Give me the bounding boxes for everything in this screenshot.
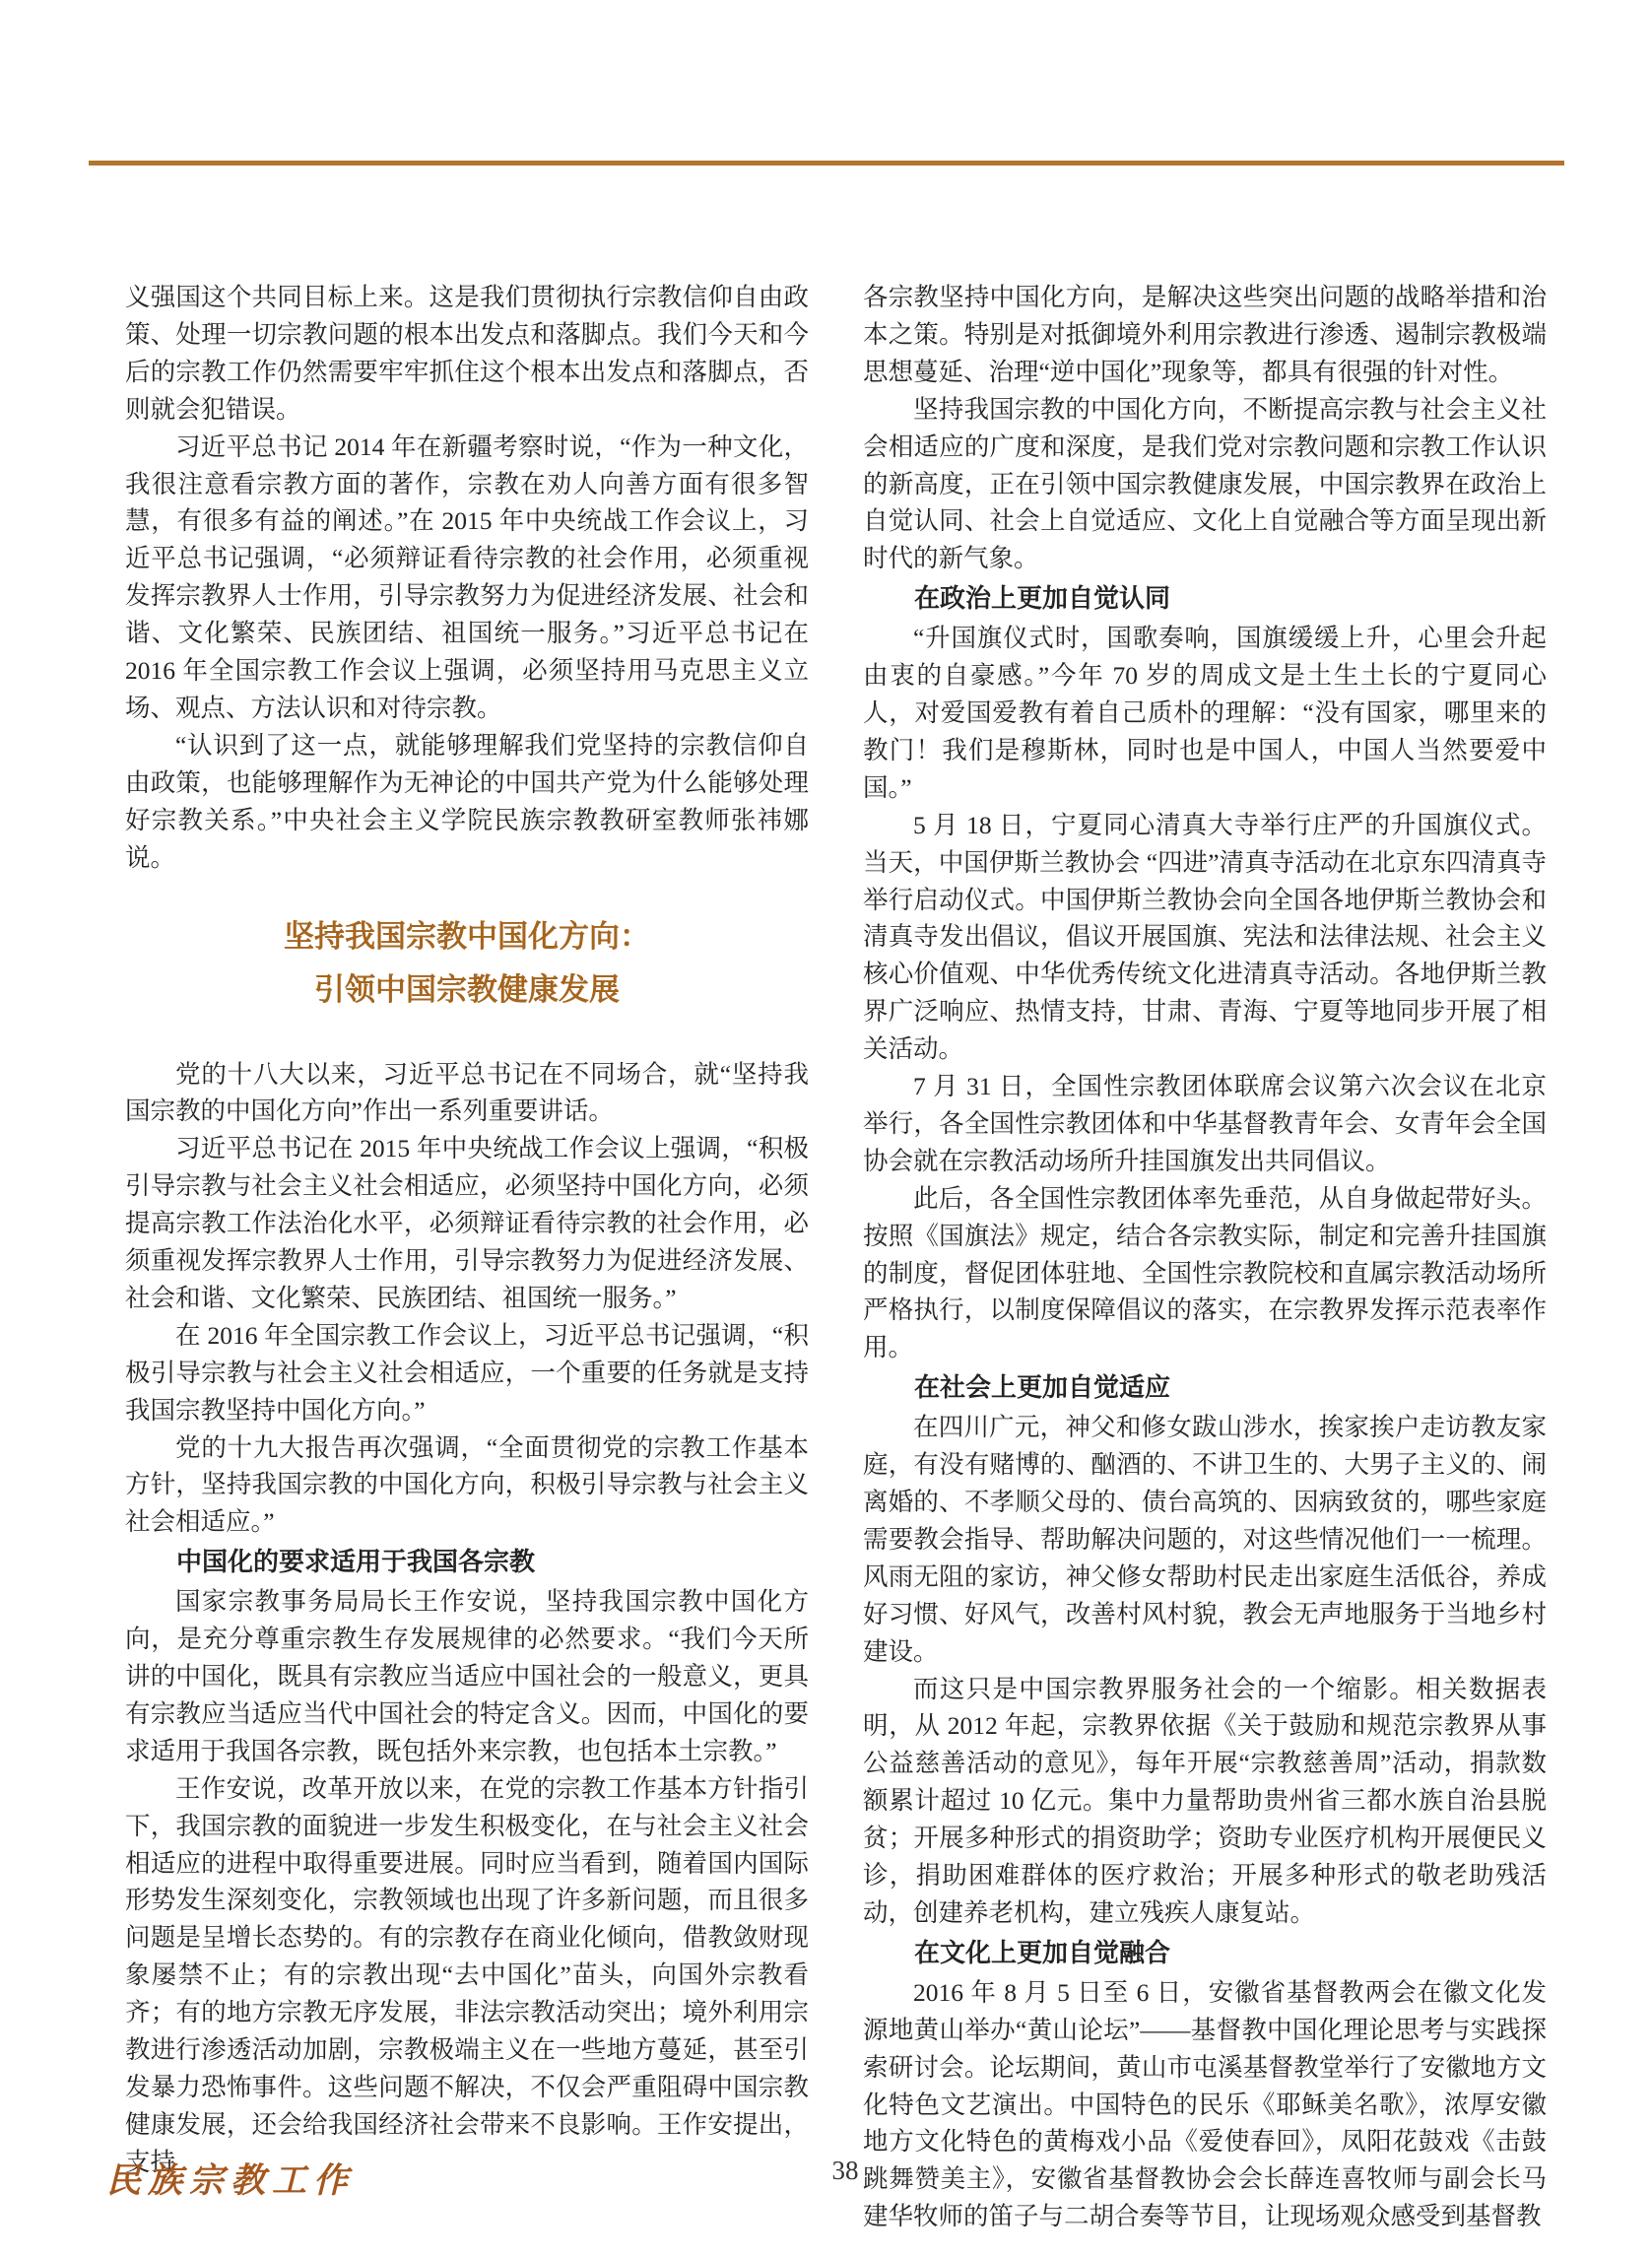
right-column: 各宗教坚持中国化方向，是解决这些突出问题的战略举措和治本之策。特别是对抵御境外利… (863, 279, 1547, 2235)
paragraph: 5 月 18 日，宁夏同心清真大寺举行庄严的升国旗仪式。当天，中国伊斯兰教协会 … (863, 807, 1547, 1068)
magazine-logo: 民族宗教工作 (106, 2154, 355, 2203)
paragraph: 此后，各全国性宗教团体率先垂范，从自身做起带好头。按照《国旗法》规定，结合各宗教… (863, 1180, 1547, 1367)
paragraph: 党的十八大以来，习近平总书记在不同场合，就“坚持我国宗教的中国化方向”作出一系列… (125, 1056, 809, 1131)
paragraph: 义强国这个共同目标上来。这是我们贯彻执行宗教信仰自由政策、处理一切宗教问题的根本… (125, 279, 809, 429)
paragraph: 在四川广元，神父和修女跋山涉水，挨家挨户走访教友家庭，有没有赌博的、酗酒的、不讲… (863, 1409, 1547, 1670)
paragraph: 习近平总书记在 2015 年中央统战工作会议上强调，“积极引导宗教与社会主义社会… (125, 1130, 809, 1317)
paragraph: 习近平总书记 2014 年在新疆考察时说，“作为一种文化，我很注意看宗教方面的著… (125, 429, 809, 727)
subheading: 在文化上更加自觉融合 (863, 1935, 1547, 1972)
paragraph: 而这只是中国宗教界服务社会的一个缩影。相关数据表明，从 2012 年起，宗教界依… (863, 1671, 1547, 1932)
paragraph: 国家宗教事务局局长王作安说，坚持我国宗教中国化方向，是充分尊重宗教生存发展规律的… (125, 1583, 809, 1770)
paragraph: 各宗教坚持中国化方向，是解决这些突出问题的战略举措和治本之策。特别是对抵御境外利… (863, 279, 1547, 391)
paragraph: 王作安说，改革开放以来，在党的宗教工作基本方针指引下，我国宗教的面貌进一步发生积… (125, 1770, 809, 2181)
magazine-page: 义强国这个共同目标上来。这是我们贯彻执行宗教信仰自由政策、处理一切宗教问题的根本… (0, 0, 1652, 2257)
left-column: 义强国这个共同目标上来。这是我们贯彻执行宗教信仰自由政策、处理一切宗教问题的根本… (125, 279, 809, 2181)
paragraph: 党的十九大报告再次强调，“全面贯彻党的宗教工作基本方针，坚持我国宗教的中国化方向… (125, 1429, 809, 1542)
section-heading-line2: 引领中国宗教健康发展 (314, 972, 620, 1007)
section-heading-line1: 坚持我国宗教中国化方向： (284, 919, 650, 954)
paragraph: 2016 年 8 月 5 日至 6 日，安徽省基督教两会在徽文化发源地黄山举办“… (863, 1974, 1547, 2235)
page-number: 38 (816, 2156, 875, 2186)
paragraph: 坚持我国宗教的中国化方向，不断提高宗教与社会主义社会相适应的广度和深度，是我们党… (863, 391, 1547, 578)
subheading: 中国化的要求适用于我国各宗教 (125, 1544, 809, 1581)
header-rule (89, 161, 1564, 166)
paragraph: 7 月 31 日，全国性宗教团体联席会议第六次会议在北京举行，各全国性宗教团体和… (863, 1068, 1547, 1180)
paragraph: “认识到了这一点，就能够理解我们党坚持的宗教信仰自由政策，也能够理解作为无神论的… (125, 727, 809, 877)
subheading: 在社会上更加自觉适应 (863, 1369, 1547, 1407)
section-heading: 坚持我国宗教中国化方向： 引领中国宗教健康发展 (125, 910, 809, 1017)
subheading: 在政治上更加自觉认同 (863, 580, 1547, 618)
paragraph: 在 2016 年全国宗教工作会议上，习近平总书记强调，“积极引导宗教与社会主义社… (125, 1317, 809, 1429)
paragraph: “升国旗仪式时，国歌奏响，国旗缓缓上升，心里会升起由衷的自豪感。”今年 70 岁… (863, 620, 1547, 807)
